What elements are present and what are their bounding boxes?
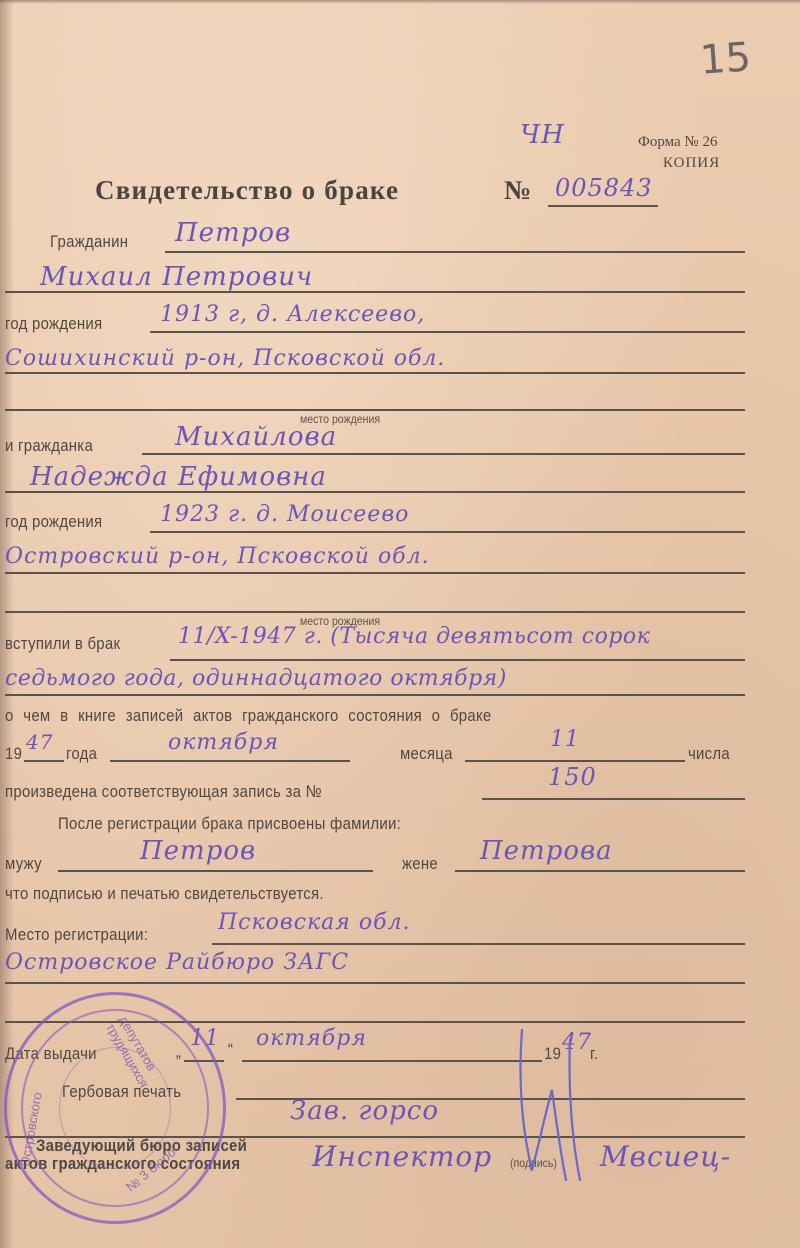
record-number-value: 150 [548,763,597,791]
record-month-label: месяца [400,744,453,764]
husband-surname: Петров [175,218,291,248]
record-statement: о чем в книге записей актов гражданского… [5,706,492,726]
marriage-date-line2: седьмого года, одиннадцатого октября) [5,666,507,691]
record-year-prefix: 19 [5,744,22,764]
head-handwritten-title: Инспектор [312,1140,492,1173]
underline [24,760,64,762]
certification-statement: что подписью и печатью свидетельствуется… [5,884,324,904]
underline [110,760,350,762]
wife-name-patronymic: Надежда Ефимовна [30,462,327,492]
underline [5,491,745,493]
wife-surname: Михайлова [175,422,337,452]
record-number-label: произведена соответствующая запись за № [5,782,322,802]
registration-label: Место регистрации: [5,925,148,945]
record-year-label: года [66,744,97,764]
head-handwritten-title-above: Зав. горсо [290,1096,439,1126]
underline [170,659,745,661]
underline [5,291,745,293]
wife-new-surname-label: жене [402,854,438,874]
registration-line1: Псковская обл. [218,910,411,935]
underline [212,943,745,945]
husband-name-patronymic: Михаил Петрович [40,262,313,292]
underline [242,1060,542,1062]
wife-label: и гражданка [5,436,93,456]
husband-birth-line2: Сошихинский р-он, Псковской обл. [5,346,445,371]
issue-quote-close: “ [228,1040,233,1060]
husband-new-surname-label: мужу [5,854,42,874]
underline [5,409,745,411]
underline [58,870,373,872]
husband-birth-line1: 1913 г, д. Алексеево, [160,302,425,327]
annotation-mark: ЧН [520,120,565,150]
underline [165,251,745,253]
underline [5,572,745,574]
underline [150,331,745,333]
number-sign: № [504,175,532,206]
record-day-label: числа [688,744,730,764]
marriage-date-line1: 11/X-1947 г. (Тысяча девятьсот сорок [178,624,650,649]
wife-new-surname: Петрова [480,836,613,866]
document-title: Свидетельство о браке [95,175,399,206]
record-day-value: 11 [550,727,580,752]
corner-page-number: 15 [698,34,752,83]
underline [482,798,745,800]
underline [142,453,745,455]
underline [5,372,745,374]
marriage-label: вступили в брак [5,634,120,654]
underline [455,870,745,872]
husband-birth-label: год рождения [5,314,102,334]
record-month-value: октября [168,730,279,755]
top-edge-shadow [0,0,800,4]
form-number: Форма № 26 [638,134,717,151]
registration-line2: Островское Райбюро ЗАГС [5,950,349,975]
underline [5,982,745,984]
record-year-value: 47 [26,730,53,754]
signature-scribble-icon [510,1020,630,1190]
underline [5,694,745,696]
wife-birth-line2: Островский р-он, Псковской обл. [5,544,430,569]
copy-label: КОПИЯ [663,155,720,172]
issue-month-value: октября [256,1026,367,1051]
husband-new-surname: Петров [140,836,256,866]
certificate-page: 15 ЧН Форма № 26 КОПИЯ Свидетельство о б… [0,0,800,1248]
underline [5,611,745,613]
wife-birth-label: год рождения [5,512,102,532]
underline [150,531,745,533]
husband-label: Гражданин [50,232,128,252]
surnames-heading: После регистрации брака присвоены фамили… [58,814,401,834]
certificate-number: 005843 [555,174,653,202]
wife-birth-line1: 1923 г. д. Моисеево [160,502,409,527]
underline [465,760,685,762]
official-stamp: депутатов трудящихся Островского № 3 бюр… [4,992,226,1224]
number-underline [548,205,658,207]
